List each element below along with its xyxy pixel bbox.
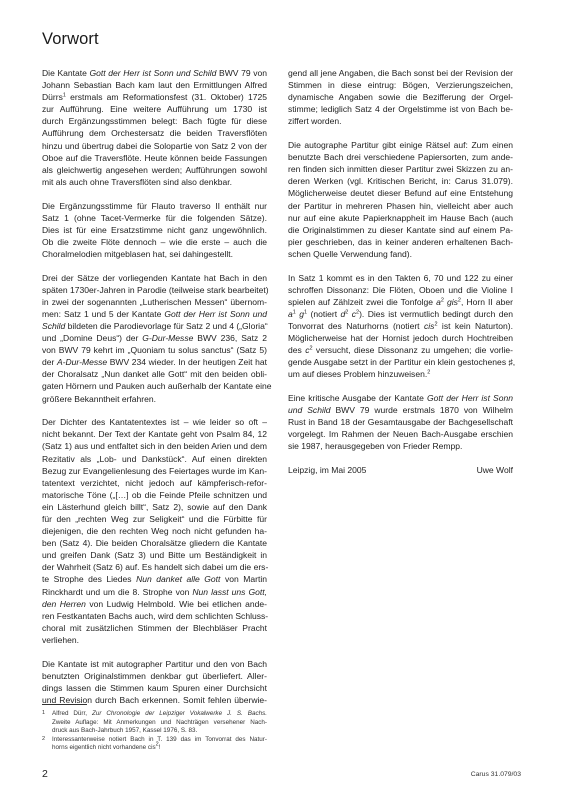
text-line: für den „rechten Weg zur Seligkeit“ und … (42, 513, 267, 525)
text-line: späten 1730er-Jahren in Parodie (teilwei… (42, 284, 267, 296)
text-line: in zwei der sogenannten „Lutherischen Me… (42, 296, 267, 308)
text-line: der Partitur in mehreren Phasen hin, vie… (288, 200, 513, 212)
paragraph-dissonance: In Satz 1 kommt es in den Takten 6, 70 u… (288, 272, 513, 381)
paragraph-sources: Die Kantate ist mit autographer Partitur… (42, 658, 267, 706)
text-line: Oboe auf die Traversflöte. Heute können … (42, 152, 267, 164)
text-line: spielen auf Zählzeit zwei die Tonfolge a… (288, 296, 513, 308)
footnote-text: Alfred Dürr, Zur Chronologie der Leipzig… (52, 710, 267, 736)
text-line: Die Kantate ist mit autographer Partitur… (42, 658, 267, 670)
text-line: benutzten Originalstimmen denkbar gut üb… (42, 670, 267, 682)
text-line: ren finden sich inmitten dieser Partitur… (288, 163, 513, 175)
text-line: Rinckhardt und um die 8. Strophe von Nun… (42, 586, 267, 598)
text-line: Stimmen in diese eintrug: Bögen, Verzier… (288, 79, 513, 91)
footnotes: 1 Alfred Dürr, Zur Chronologie der Leipz… (42, 710, 267, 753)
footnote-text: Interessanterweise notiert Bach in T. 13… (52, 736, 267, 753)
text-line: durch Ergänzungsstimmen belegt: Bach füg… (42, 115, 267, 127)
paragraph-autograph: Die autographe Partitur gibt einige Räts… (288, 139, 513, 260)
text-line: Die Kantate Gott der Herr ist Sonn und S… (42, 67, 267, 79)
text-line: Drei der Sätze der vorliegenden Kantate … (42, 272, 267, 284)
text-line: die Originalstimmen zu dieser Kantate si… (288, 224, 513, 236)
text-line: verliehen. (42, 634, 267, 646)
text-line: dynamische Angaben sowie die Bezifferung… (288, 91, 513, 103)
text-line: pier geschrieben, das in keiner anderen … (288, 236, 513, 248)
paragraph-parody: Drei der Sätze der vorliegenden Kantate … (42, 272, 267, 405)
text-line: Schild bildeten die Parodievorlage für S… (42, 320, 267, 332)
text-line: sie 1987, herausgegeben von Frieder Remp… (288, 440, 513, 452)
text-line: den Herren von Ludwig Helmbold. Wie bei … (42, 598, 267, 610)
text-line: vorgelegt. Im Rahmen der Neuen Bach-Ausg… (288, 428, 513, 440)
text-line: druck aus Bach-Jahrbuch 1957, Kassel 197… (52, 727, 267, 736)
left-column: Die Kantate Gott der Herr ist Sonn und S… (42, 67, 267, 718)
text-line: Alfred Dürr, Zur Chronologie der Leipzig… (52, 710, 267, 719)
paragraph-flute-part: Die Ergänzungsstimme für Flauto traverso… (42, 200, 267, 260)
text-line: Möglicherweise hat der Hornist jedoch du… (288, 332, 513, 344)
text-line: a1 g1 (notiert d2 c2). Dies ist vermutli… (288, 308, 513, 320)
text-line: der Choralsatz „Nun danket alle Gott“ mi… (42, 368, 267, 380)
text-line: Die autographe Partitur gibt einige Räts… (288, 139, 513, 151)
text-line: Dies ist für eine Ersatzstimme nicht gan… (42, 224, 267, 236)
text-line: Dürrs1 erstmals am Reformationsfest (31.… (42, 91, 267, 103)
text-line: Satz 1 (ohne Tacet-Vermerke für die folg… (42, 212, 267, 224)
text-line: choral mit zusätzlichen Stimmen der Blec… (42, 622, 267, 634)
paragraph-text-author: Der Dichter des Kantatentextes ist – wie… (42, 416, 267, 646)
text-line: Der Dichter des Kantatentextes ist – wie… (42, 416, 267, 428)
text-line: größere Bekanntheit erfahren. (42, 393, 267, 405)
text-line: ein Lästerhund gleich billt“, Satz 2), s… (42, 501, 267, 513)
text-line: von BWV 79 kehrt im „Quoniam tu solus sa… (42, 344, 267, 356)
paragraph-critical-edition: Eine kritische Ausgabe der Kantate Gott … (288, 392, 513, 452)
catalog-number: Carus 31.079/03 (471, 771, 521, 778)
text-line: Eine kritische Ausgabe der Kantate Gott … (288, 392, 513, 404)
text-line: ben (Satz 4). Die beiden Choralsätze gli… (42, 537, 267, 549)
text-line: Tonvorrat des Naturhorns (notiert cis2 i… (288, 320, 513, 332)
text-line: In Satz 1 kommt es in den Takten 6, 70 u… (288, 272, 513, 284)
text-line: Rezitativ als „Lob- und Dankstück“. Auf … (42, 453, 267, 465)
right-column: gend all jene Angaben, die Bach sonst be… (288, 67, 513, 476)
paragraph-revision: gend all jene Angaben, die Bach sonst be… (288, 67, 513, 127)
text-line: der A-Dur-Messe BWV 234 wieder. In der h… (42, 356, 267, 368)
text-line: te Strophe des Liedes Nun danket alle Go… (42, 573, 267, 585)
text-line: schen Quelle Verwendung fand). (288, 248, 513, 260)
text-line: diejenigen, die den rechten Weg noch nic… (42, 525, 267, 537)
text-line: Johann Sebastian Bach kam laut den Ermit… (42, 79, 267, 91)
footnote-divider (42, 704, 87, 705)
footnote-number: 2 (42, 735, 45, 744)
signoff: Leipzig, im Mai 2005 Uwe Wolf (288, 464, 513, 476)
text-line: und „Domine Deus“) der G-Dur-Messe BWV 2… (42, 332, 267, 344)
text-line: und Schild BWV 79 wurde erstmals 1870 vo… (288, 404, 513, 416)
text-line: Bezug zur Evangelienlesung des Feiertage… (42, 465, 267, 477)
text-line: (Satz 1) aus und entfaltet sich in den b… (42, 440, 267, 452)
text-line: dings lassen die Stimmen kaum Spuren ein… (42, 682, 267, 694)
text-line: der Wahrheit (Satz 6) auf. Es handelt si… (42, 561, 267, 573)
page-number: 2 (42, 768, 48, 780)
text-line: men: Satz 1 und 5 der Kantate Gott der H… (42, 308, 267, 320)
text-line: horns eigentlich nicht vorhandene cis2! (52, 744, 267, 753)
text-line: matorische Töne („[…] ob die Feinde Pfei… (42, 489, 267, 501)
text-line: als gleichwertig angesehen werden; Auffü… (42, 164, 267, 176)
text-line: um auf dieses Problem hinzuweisen.2 (288, 368, 513, 380)
text-line: nur auf eine akute Papierknappheit im Ha… (288, 212, 513, 224)
text-line: stimme; lediglich Satz 4 der Orgelstimme… (288, 103, 513, 115)
text-line: nicht bekannt. Der Text der Kantate geht… (42, 428, 267, 440)
place-date: Leipzig, im Mai 2005 (288, 464, 366, 476)
footnote-number: 1 (42, 709, 45, 718)
text-line: gende Ausgabe setzt in der Partitur ein … (288, 356, 513, 368)
text-line: zur Aufführung. Eine weitere Aufführung … (42, 103, 267, 115)
text-line: Aufführung dem Orchestersatz die beiden … (42, 127, 267, 139)
author-name: Uwe Wolf (477, 464, 513, 476)
text-line: des c2 versucht, diese Dissonanz zu umge… (288, 344, 513, 356)
footnote-1: 1 Alfred Dürr, Zur Chronologie der Leipz… (42, 710, 267, 736)
text-line: und greifen Dank (Satz 3) und Bitte um B… (42, 549, 267, 561)
text-line: deren Werken (vgl. Kritischen Bericht, i… (288, 175, 513, 187)
text-line: Rust in Band 18 der Gesamtausgabe der Ba… (288, 416, 513, 428)
paragraph-intro: Die Kantate Gott der Herr ist Sonn und S… (42, 67, 267, 188)
page-title: Vorwort (42, 30, 99, 49)
text-line: ren Festkantaten Bachs auch, wird dem sc… (42, 610, 267, 622)
text-line: ziffert worden. (288, 115, 513, 127)
text-line: gend all jene Angaben, die Bach sonst be… (288, 67, 513, 79)
footnote-2: 2 Interessanterweise notiert Bach in T. … (42, 736, 267, 753)
text-line: mit als auch ohne Traversflöten sind als… (42, 176, 267, 188)
text-line: schroffen Dissonanz: Die Flöten, Oboen u… (288, 284, 513, 296)
text-line: benutzte Bach drei verschiedene Papierso… (288, 151, 513, 163)
text-line: Möglicherweise deutet dieser Befund auf … (288, 187, 513, 199)
text-line: gaten Hörnern und Pauken auch außerhalb … (42, 380, 267, 392)
text-line: Ob die zweite Flöte dennoch – wie die er… (42, 236, 267, 248)
text-line: Zweite Auflage: Mit Anmerkungen und Nach… (52, 719, 267, 728)
text-line: hinzu und übertrug dabei die Solopartie … (42, 140, 267, 152)
text-line: Choralmelodien mitgeblasen hat, sei dahi… (42, 248, 267, 260)
text-line: tatentext verzichtet, nicht jedoch auf k… (42, 477, 267, 489)
text-line: Die Ergänzungsstimme für Flauto traverso… (42, 200, 267, 212)
